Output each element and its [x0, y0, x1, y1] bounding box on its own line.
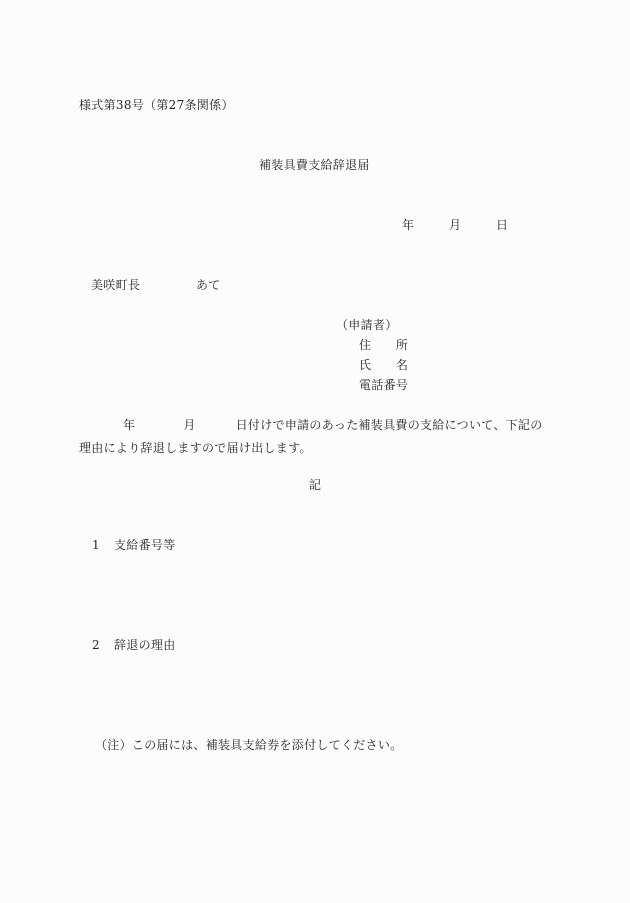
form-number: 様式第38号（第27条関係）	[79, 98, 234, 112]
date-day-label: 日	[496, 218, 508, 232]
body-text: 日付けで申請のあった補装具費の支給について、下記の理由により辞退しますので届け出…	[79, 418, 543, 455]
note: （注）この届には、補装具支給券を添付してください。	[95, 738, 403, 752]
ki-heading: 記	[309, 478, 321, 492]
address-label: 住 所	[359, 338, 408, 352]
item-number: 2	[92, 638, 100, 652]
addressee-suffix: あて	[196, 278, 221, 292]
body-year-label: 年	[123, 418, 135, 432]
item-label: 支給番号等	[114, 538, 176, 552]
body-paragraph: 年月日付けで申請のあった補装具費の支給について、下記の理由により辞退しますので届…	[79, 414, 553, 460]
applicant-heading: （申請者）	[336, 318, 398, 332]
phone-label: 電話番号	[359, 378, 408, 392]
item-label: 辞退の理由	[114, 638, 176, 652]
name-label: 氏 名	[359, 358, 408, 372]
body-month-label: 月	[183, 418, 195, 432]
item-number: 1	[92, 538, 100, 552]
date-month-label: 月	[449, 218, 461, 232]
addressee-name: 美咲町長	[91, 278, 140, 292]
document-title: 補装具費支給辞退届	[259, 158, 370, 172]
date-year-label: 年	[402, 218, 414, 232]
